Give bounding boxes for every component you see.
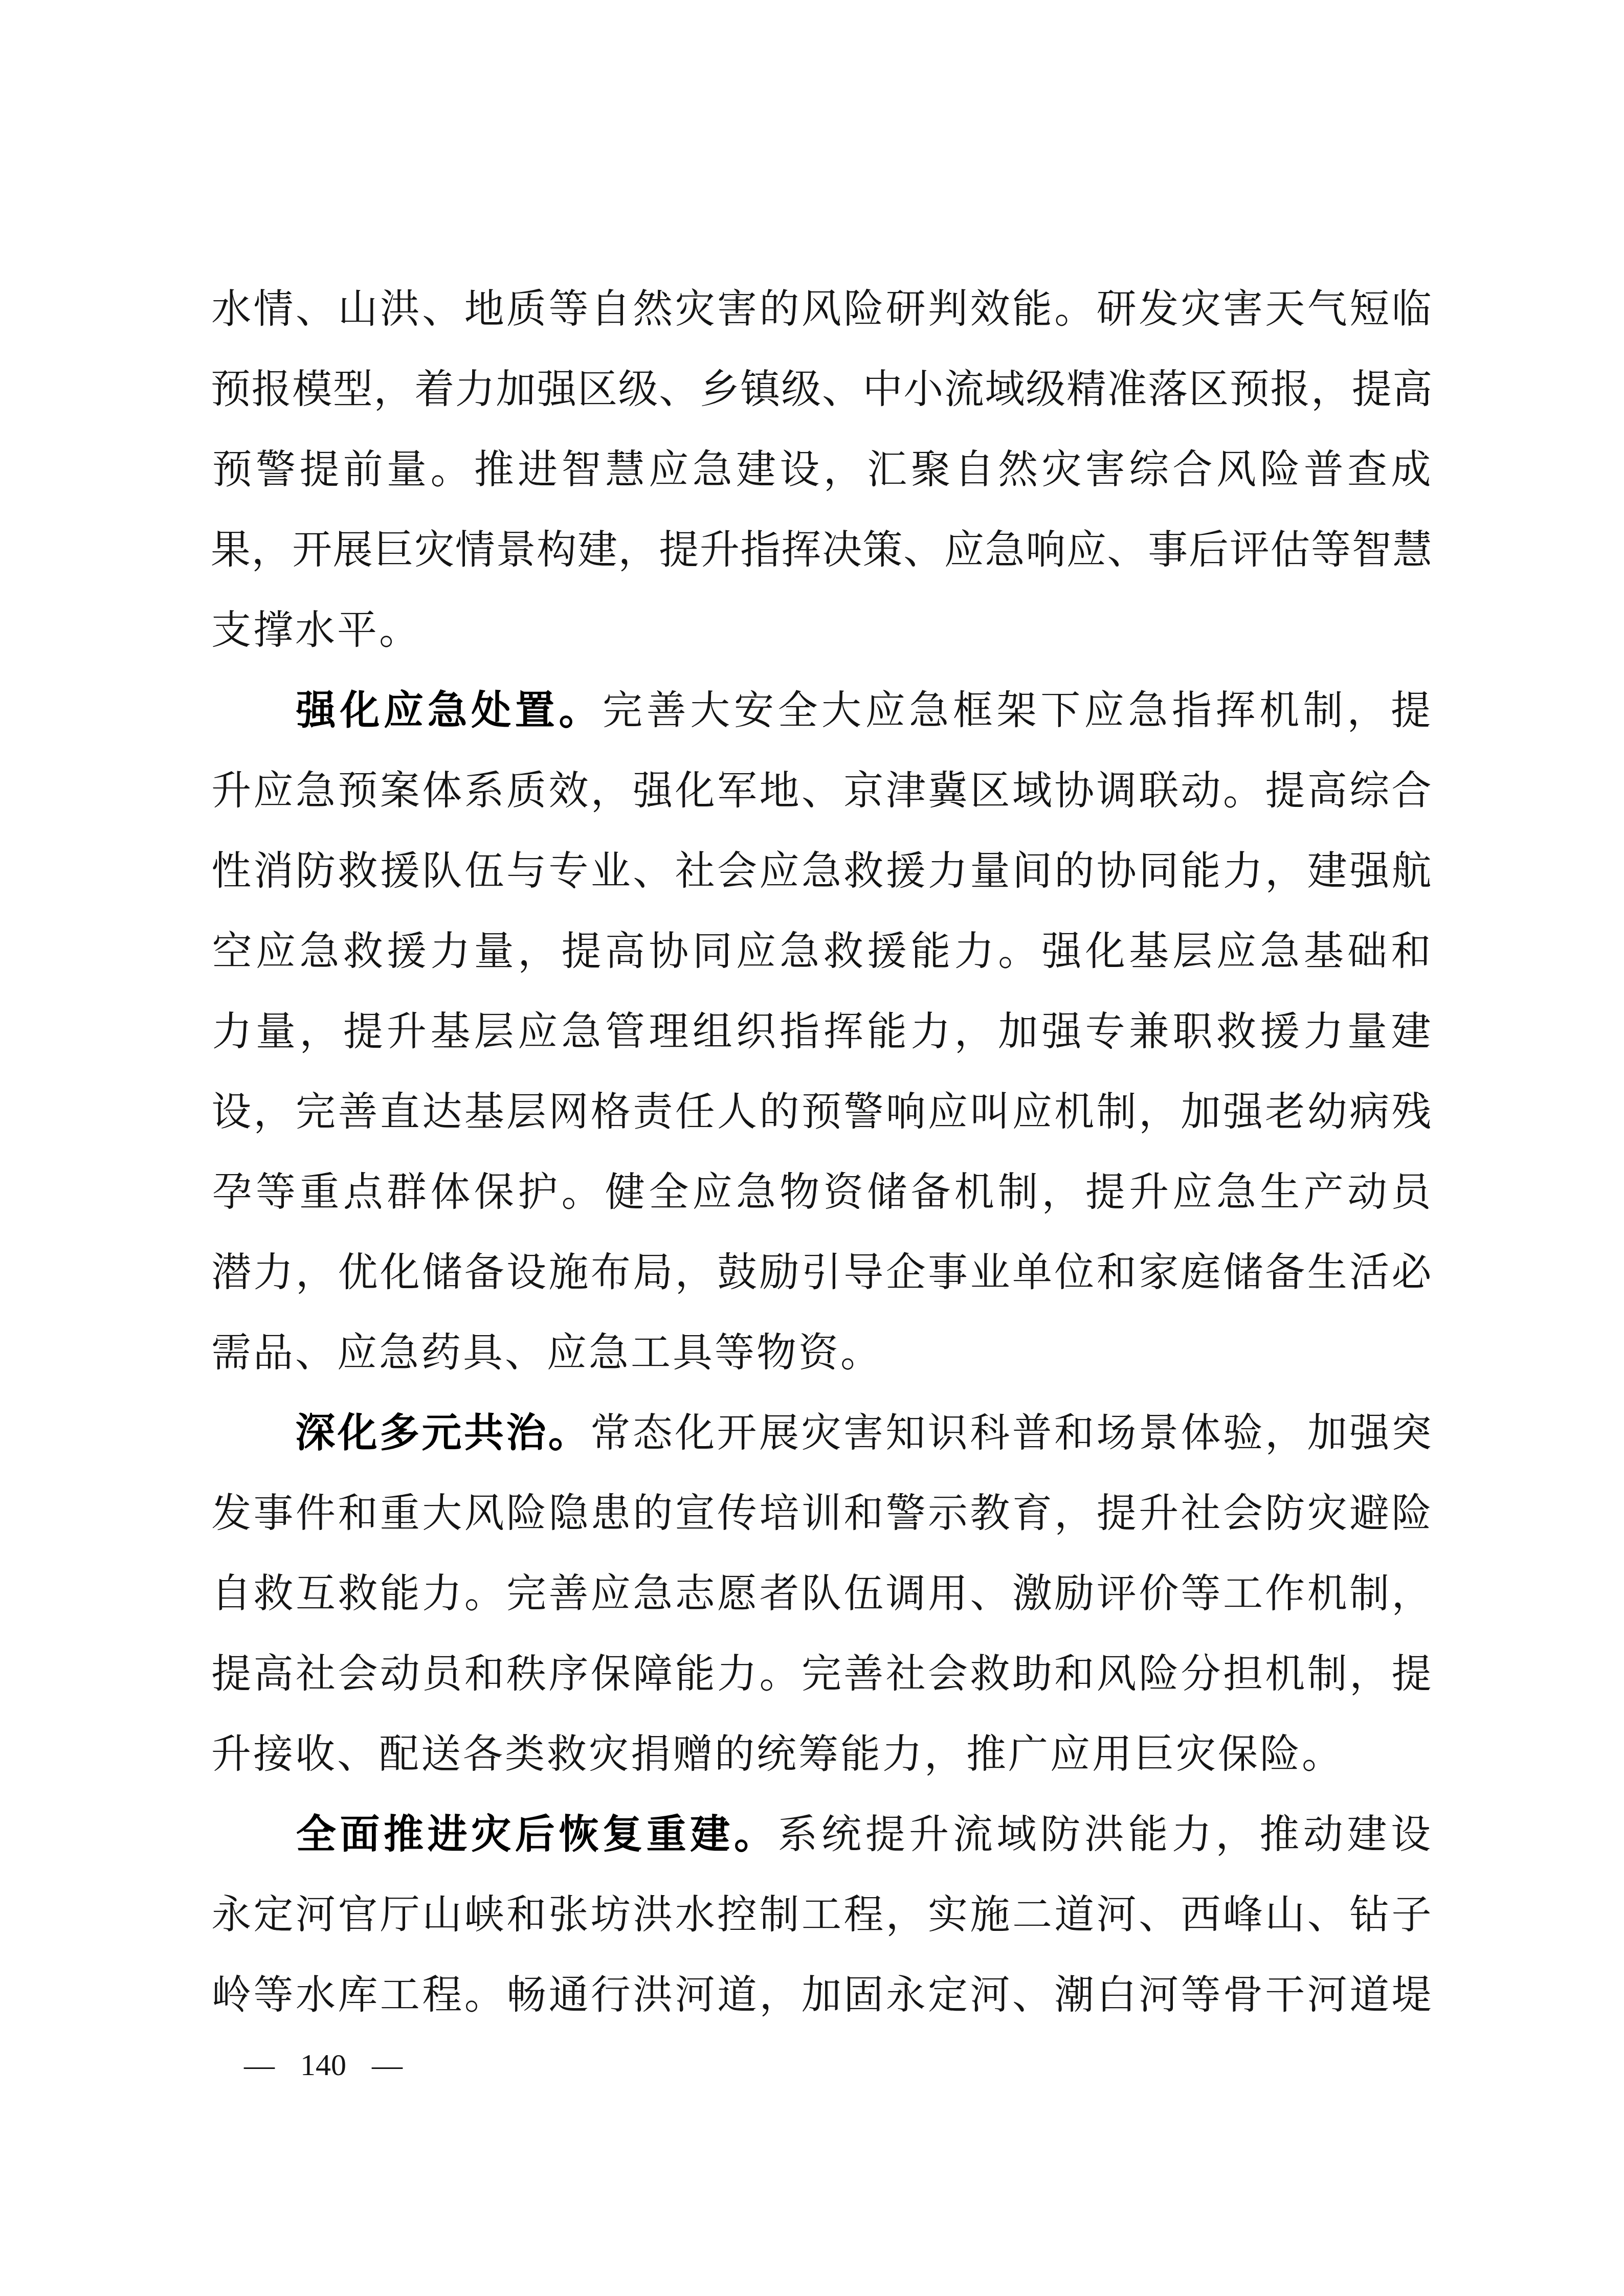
- paragraph-lead-char: 强: [294, 679, 338, 736]
- char: 河: [1138, 1963, 1180, 2020]
- char: 教: [969, 1481, 1011, 1539]
- char: 应: [1049, 1722, 1091, 1780]
- char: 、: [1107, 518, 1148, 575]
- char: 灾: [1175, 1722, 1217, 1780]
- char: 应: [1066, 518, 1107, 575]
- char: 开: [292, 518, 332, 575]
- char: 应: [1011, 1080, 1053, 1137]
- char: 设: [505, 1241, 547, 1298]
- char: 库: [337, 1963, 379, 2020]
- char: 场: [1095, 1401, 1137, 1458]
- char: 智: [1351, 518, 1392, 575]
- char: 。: [429, 438, 472, 495]
- char: 评: [1096, 1562, 1138, 1619]
- char: 慧: [603, 438, 647, 495]
- char: ，: [674, 1241, 716, 1298]
- char: 架: [995, 679, 1039, 736]
- char: 应: [758, 839, 800, 896]
- char: 着: [414, 357, 455, 415]
- char: 完: [505, 1562, 547, 1619]
- text-line: 孕等重点群体保护。健全应急物资储备机制，提升应急生产动员: [210, 1149, 1433, 1229]
- char: 加: [1306, 1401, 1348, 1458]
- char: 研: [1096, 277, 1138, 334]
- char: 实: [927, 1883, 969, 1940]
- char: 志: [674, 1562, 716, 1619]
- char: 急: [1214, 1160, 1258, 1218]
- char: 助: [1011, 1642, 1053, 1699]
- char: 等: [1180, 1562, 1221, 1619]
- char: 航: [1390, 839, 1432, 896]
- paragraph-lead-char: 复: [600, 1803, 644, 1860]
- char: 挥: [821, 1000, 865, 1057]
- char: 位: [1053, 1241, 1095, 1298]
- char: 安: [732, 679, 776, 736]
- char: 提: [863, 1803, 907, 1860]
- char: 层: [505, 1080, 547, 1137]
- char: 钻: [1348, 1883, 1390, 1940]
- char: 常: [589, 1401, 631, 1458]
- char: 事: [927, 1241, 969, 1298]
- char: 者: [758, 1562, 800, 1619]
- char: 性: [210, 839, 252, 896]
- char: 冀: [927, 759, 969, 816]
- char: 应: [927, 1080, 969, 1137]
- char: 应: [1171, 1160, 1214, 1218]
- char: 流: [944, 357, 985, 415]
- char: 备: [909, 1160, 952, 1218]
- char: 预: [210, 438, 254, 495]
- text-line: 发事件和重大风险隐患的宣传培训和警示教育，提升社会防灾避险: [210, 1470, 1433, 1550]
- char: ，: [1310, 357, 1351, 415]
- char: 配: [378, 1722, 420, 1780]
- char: 织: [734, 1000, 777, 1057]
- char: 体: [1180, 1401, 1221, 1458]
- char: 指: [778, 1000, 821, 1057]
- char: 完: [600, 679, 644, 736]
- char: 能: [865, 1000, 908, 1057]
- char: 小: [903, 357, 944, 415]
- char: 强: [1040, 1000, 1083, 1057]
- char: 挥: [781, 518, 821, 575]
- char: 潜: [210, 1241, 252, 1298]
- char: 自: [210, 1562, 252, 1619]
- char: 事: [1147, 518, 1188, 575]
- char: 地: [758, 759, 800, 816]
- char: 害: [716, 277, 758, 334]
- char: 社: [295, 1642, 337, 1699]
- char: 力: [1302, 1000, 1345, 1057]
- char: 制: [758, 1883, 800, 1940]
- char: 强: [1348, 839, 1390, 896]
- char: 流: [951, 1803, 995, 1860]
- char: 决: [821, 518, 862, 575]
- char: 建: [577, 518, 618, 575]
- char: 收: [294, 1722, 336, 1780]
- char: 提: [560, 919, 603, 977]
- char: 与: [505, 839, 547, 896]
- paragraph-lead-char: 共: [463, 1401, 505, 1458]
- char: 保: [472, 1160, 516, 1218]
- char: 能: [1180, 839, 1221, 896]
- char: 应: [734, 919, 777, 977]
- char: 障: [632, 1642, 674, 1699]
- char: 河: [674, 1963, 716, 2020]
- char: 引: [800, 1241, 842, 1298]
- char: 同: [691, 919, 734, 977]
- char: 临: [1390, 277, 1432, 334]
- char: 景: [496, 518, 537, 575]
- footer-dash-left: —: [244, 2047, 275, 2083]
- char: 地: [463, 277, 505, 334]
- paragraph-lead-char: 。: [547, 1401, 589, 1458]
- char: 急: [1258, 919, 1302, 977]
- char: 升: [1138, 1481, 1180, 1539]
- char: 级: [781, 357, 821, 415]
- char: 和: [1389, 919, 1433, 977]
- char: 灾: [1180, 277, 1221, 334]
- char: 河: [969, 1963, 1011, 2020]
- char: 展: [758, 1401, 800, 1458]
- char: 、: [969, 1562, 1011, 1619]
- char: 。: [758, 1642, 800, 1699]
- char: 援: [1258, 1000, 1302, 1057]
- char: 山: [337, 277, 379, 334]
- char: 援: [385, 919, 428, 977]
- char: 间: [1011, 839, 1053, 896]
- char: 强: [536, 357, 577, 415]
- char: 力: [952, 919, 996, 977]
- char: 援: [885, 839, 927, 896]
- char: 备: [1264, 1241, 1306, 1298]
- char: 准: [1107, 357, 1148, 415]
- text-line: 性消防救援队伍与专业、社会应急救援力量间的协同能力，建强航: [210, 827, 1433, 908]
- char: ，: [885, 1883, 927, 1940]
- char: 效: [969, 277, 1011, 334]
- char: 大: [688, 679, 732, 736]
- char: 域: [995, 1803, 1039, 1860]
- char: 力: [252, 1241, 294, 1298]
- char: 品: [252, 1321, 294, 1378]
- char: 工: [1222, 1562, 1264, 1619]
- char: 加: [996, 1000, 1039, 1057]
- char: 的: [714, 1722, 755, 1780]
- text-line: 岭等水库工程。畅通行洪河道，加固永定河、潮白河等骨干河道堤: [210, 1951, 1433, 2032]
- char: 险: [505, 1481, 547, 1539]
- char: 升: [907, 1803, 951, 1860]
- char: 鼓: [716, 1241, 758, 1298]
- char: 灾: [800, 1401, 842, 1458]
- text-line: 潜力，优化储备设施布局，鼓励引导企事业单位和家庭储备生活必: [210, 1229, 1433, 1309]
- char: ，: [1264, 839, 1306, 896]
- char: 大: [819, 679, 863, 736]
- char: 设: [210, 1080, 252, 1137]
- char: 动: [1345, 1160, 1389, 1218]
- char: 队: [800, 1562, 842, 1619]
- char: 援: [865, 919, 908, 977]
- char: 指: [740, 518, 781, 575]
- char: 全: [647, 1160, 691, 1218]
- char: 前: [341, 438, 385, 495]
- char: 应: [590, 1562, 632, 1619]
- char: 综: [1127, 438, 1171, 495]
- paragraph-lead-char: 重: [644, 1803, 688, 1860]
- char: 救: [546, 1722, 588, 1780]
- char: 域: [985, 357, 1026, 415]
- char: 干: [1264, 1963, 1306, 2020]
- char: 智: [560, 438, 603, 495]
- char: 件: [295, 1481, 337, 1539]
- char: 社: [674, 839, 716, 896]
- char: 永: [885, 1963, 927, 2020]
- char: 能: [379, 1562, 421, 1619]
- char: 。: [463, 1963, 505, 2020]
- char: 调: [885, 1562, 927, 1619]
- paragraph-lead-char: 元: [420, 1401, 462, 1458]
- char: 案: [379, 759, 421, 816]
- text-line: 提高社会动员和秩序保障能力。完善社会救助和风险分担机制，提: [210, 1630, 1433, 1710]
- char: 。: [839, 1321, 881, 1378]
- char: 河: [295, 1883, 337, 1940]
- char: 业: [969, 1241, 1011, 1298]
- char: ，: [1390, 1562, 1432, 1619]
- char: 急: [734, 1160, 777, 1218]
- char: 险: [842, 277, 884, 334]
- char: 强: [1348, 1401, 1390, 1458]
- char: 灾: [414, 518, 455, 575]
- char: 河: [1306, 1963, 1348, 2020]
- paragraph-lead-char: 化: [336, 1401, 378, 1458]
- char: 体: [421, 759, 463, 816]
- char: 制: [996, 1160, 1039, 1218]
- char: 推: [965, 1722, 1007, 1780]
- char: 储: [421, 1241, 463, 1298]
- char: 区: [577, 357, 618, 415]
- char: 体: [429, 1160, 472, 1218]
- char: 害: [1083, 438, 1127, 495]
- char: 需: [210, 1321, 252, 1378]
- char: 提: [1264, 759, 1306, 816]
- char: 能: [909, 919, 952, 977]
- char: 专: [1083, 1000, 1127, 1057]
- char: 残: [1390, 1080, 1432, 1137]
- char: 峡: [463, 1883, 505, 1940]
- char: 急: [691, 438, 734, 495]
- char: 活: [1348, 1241, 1390, 1298]
- char: 风: [800, 277, 842, 334]
- char: 协: [647, 919, 691, 977]
- char: 力: [716, 1642, 758, 1699]
- char: 区: [969, 759, 1011, 816]
- char: 隐: [547, 1481, 589, 1539]
- char: 送: [420, 1722, 462, 1780]
- char: 和: [1053, 1401, 1095, 1458]
- char: 洪: [632, 1883, 674, 1940]
- char: 道: [716, 1963, 758, 2020]
- char: 津: [885, 759, 927, 816]
- char: 药: [420, 1321, 462, 1378]
- paragraph-lead-char: 化: [338, 679, 382, 736]
- char: 工: [800, 1883, 842, 1940]
- char: 能: [674, 1642, 716, 1699]
- char: 质: [505, 277, 547, 334]
- char: 护: [516, 1160, 560, 1218]
- char: 础: [1345, 919, 1389, 977]
- char: 构: [536, 518, 577, 575]
- char: 工: [379, 1963, 421, 2020]
- text-line: 设，完善直达基层网格责任人的预警响应叫应机制，加强老幼病残: [210, 1068, 1433, 1149]
- char: 援: [379, 839, 421, 896]
- char: 力: [881, 1722, 923, 1780]
- char: 洪: [1082, 1803, 1126, 1860]
- char: 普: [1011, 1401, 1053, 1458]
- char: 施: [547, 1241, 589, 1298]
- char: 单: [1011, 1241, 1053, 1298]
- char: 高: [1306, 759, 1348, 816]
- text-line: 预警提前量。推进智慧应急建设，汇聚自然灾害综合风险普查成: [210, 426, 1433, 506]
- char: 类: [504, 1722, 546, 1780]
- char: 景: [1138, 1401, 1180, 1458]
- text-line: 深化多元共治。常态化开展灾害知识科普和场景体验，加强突: [210, 1389, 1433, 1470]
- char: 基: [429, 1000, 472, 1057]
- char: 力: [429, 919, 472, 977]
- char: 通: [547, 1963, 589, 2020]
- char: 理: [647, 1000, 691, 1057]
- char: 升: [210, 759, 252, 816]
- char: 资: [797, 1321, 839, 1378]
- char: 人: [716, 1080, 758, 1137]
- char: 下: [1038, 679, 1082, 736]
- char: 水: [295, 1963, 337, 2020]
- char: 灾: [674, 277, 716, 334]
- char: 老: [1264, 1080, 1306, 1137]
- char: 险: [1258, 438, 1302, 495]
- char: 社: [885, 1642, 927, 1699]
- char: ，: [590, 759, 632, 816]
- char: 急: [800, 839, 842, 896]
- char: 会: [1222, 1481, 1264, 1539]
- char: 升: [699, 518, 740, 575]
- char: 作: [1264, 1562, 1306, 1619]
- char: 成: [1389, 438, 1433, 495]
- char: 判: [927, 277, 969, 334]
- char: 善: [547, 1562, 589, 1619]
- char: 价: [1138, 1562, 1180, 1619]
- char: 基: [1302, 919, 1345, 977]
- char: 完: [295, 1080, 337, 1137]
- char: ，: [251, 518, 292, 575]
- char: 等: [714, 1321, 755, 1378]
- char: 伍: [842, 1562, 884, 1619]
- paragraph-lead-char: 深: [294, 1401, 336, 1458]
- char: 张: [547, 1883, 589, 1940]
- char: 重: [379, 1481, 421, 1539]
- char: 等: [254, 1160, 297, 1218]
- char: 警: [842, 1080, 884, 1137]
- char: 能: [839, 1722, 881, 1780]
- char: 控: [716, 1883, 758, 1940]
- char: 组: [691, 1000, 734, 1057]
- char: 能: [1126, 1803, 1170, 1860]
- char: 白: [1096, 1963, 1138, 2020]
- char: ，: [252, 1080, 294, 1137]
- char: 广: [1007, 1722, 1049, 1780]
- char: 挥: [1214, 679, 1258, 736]
- char: 和: [505, 1883, 547, 1940]
- paragraph-lead-char: 置: [513, 679, 557, 736]
- page-footer: — 140 —: [244, 2043, 403, 2086]
- char: 建: [734, 438, 777, 495]
- char: 、: [658, 357, 699, 415]
- char: 急: [298, 919, 341, 977]
- char: 区: [1188, 357, 1229, 415]
- char: 合: [1171, 438, 1214, 495]
- char: 兼: [1127, 1000, 1171, 1057]
- char: 展: [332, 518, 373, 575]
- char: 具: [672, 1321, 714, 1378]
- char: 进: [516, 438, 560, 495]
- char: 报: [251, 357, 292, 415]
- char: 强: [632, 759, 674, 816]
- char: ，: [1264, 1401, 1306, 1458]
- char: 激: [1011, 1562, 1053, 1619]
- char: 网: [547, 1080, 589, 1137]
- char: 会: [716, 839, 758, 896]
- paragraph-lead-char: 。: [732, 1803, 776, 1860]
- char: 西: [1180, 1883, 1221, 1940]
- char: 救: [1214, 1000, 1258, 1057]
- char: 和: [463, 1642, 505, 1699]
- char: 提: [1096, 1481, 1138, 1539]
- char: 堤: [1390, 1963, 1432, 2020]
- char: 灾: [1040, 438, 1083, 495]
- char: 定: [927, 1963, 969, 2020]
- char: 慧: [1392, 518, 1433, 575]
- paragraph-lead-char: 应: [382, 679, 426, 736]
- char: 道: [1348, 1963, 1390, 2020]
- char: 点: [341, 1160, 385, 1218]
- text-line: 需品、应急药具、应急工具等物资。: [210, 1309, 1433, 1389]
- char: 物: [778, 1160, 821, 1218]
- char: 预: [1229, 357, 1270, 415]
- char: 急: [560, 1000, 603, 1057]
- char: 力: [210, 1000, 254, 1057]
- char: 等: [1310, 518, 1351, 575]
- char: 。: [463, 1562, 505, 1619]
- char: 支: [210, 598, 252, 656]
- char: 模: [292, 357, 332, 415]
- text-line: 升接收、配送各类救灾捐赠的统筹能力，推广应用巨灾保险。: [210, 1710, 1433, 1791]
- char: 队: [421, 839, 463, 896]
- char: 子: [1390, 1883, 1432, 1940]
- char: 层: [1171, 919, 1214, 977]
- char: 化: [674, 759, 716, 816]
- char: 防: [1264, 1481, 1306, 1539]
- char: 救: [821, 919, 865, 977]
- char: 应: [516, 1000, 560, 1057]
- char: 峰: [1222, 1883, 1264, 1940]
- char: 聚: [909, 438, 952, 495]
- char: 和: [1096, 1241, 1138, 1298]
- char: 秩: [505, 1642, 547, 1699]
- char: 提: [298, 438, 341, 495]
- paragraph-lead-char: 进: [426, 1803, 470, 1860]
- char: 力: [1222, 839, 1264, 896]
- char: 的: [758, 1080, 800, 1137]
- char: 研: [885, 277, 927, 334]
- char: 管: [603, 1000, 647, 1057]
- char: 风: [1214, 438, 1258, 495]
- char: 应: [944, 518, 985, 575]
